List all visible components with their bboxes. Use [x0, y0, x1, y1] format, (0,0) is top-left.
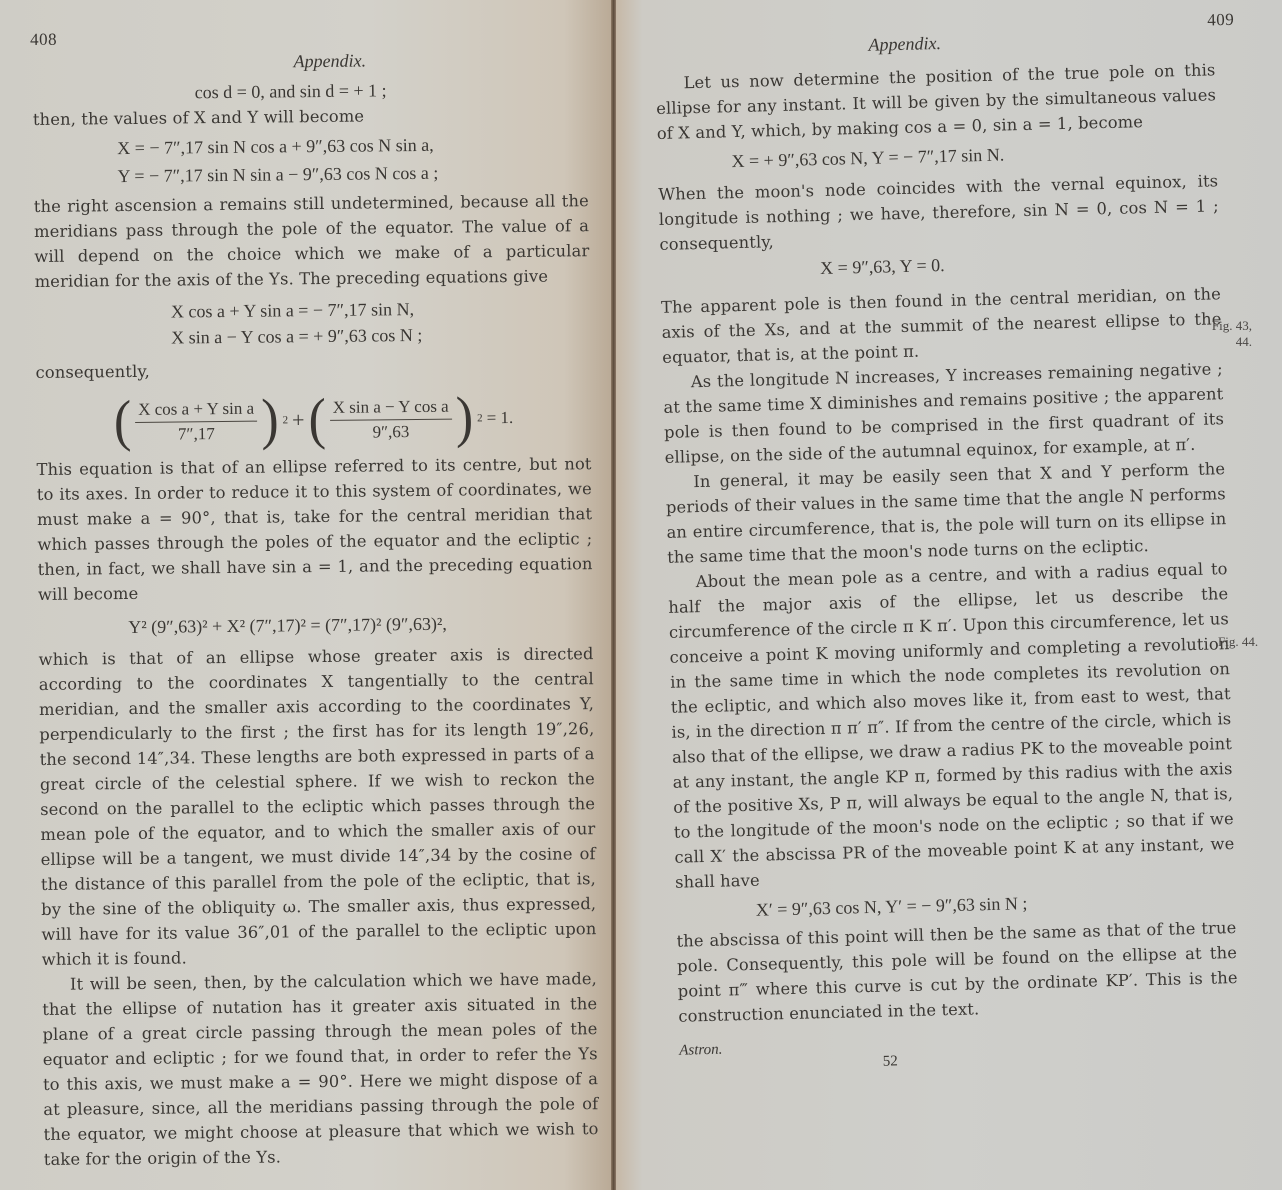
left-page-text: 408 Appendix. cos d = 0, and sin d = + 1…	[32, 24, 599, 1172]
denominator: 7″,17	[178, 422, 215, 444]
equation-ellipse-axes: Y² (9″,63)² + X² (7″,17)² = (7″,17)² (9″…	[128, 609, 593, 640]
paragraph: consequently,	[35, 354, 590, 385]
left-page: 408 Appendix. cos d = 0, and sin d = + 1…	[0, 0, 613, 1190]
denominator: 9″,63	[372, 420, 409, 442]
paragraph: then, the values of X and Y will become	[33, 101, 588, 132]
paren-open: (	[308, 391, 326, 448]
margin-note-fig-43-44: Fig. 43, 44.	[1208, 318, 1252, 350]
paren-close: )	[261, 392, 279, 449]
equation-cos-d: cos d = 0, and sin d = + 1 ;	[195, 75, 588, 105]
paragraph: which is that of an ellipse whose greate…	[38, 641, 596, 972]
plus-sign: +	[292, 407, 305, 433]
paragraph: This equation is that of an ellipse refe…	[36, 451, 593, 607]
signature-mark: Astron.	[679, 1042, 723, 1076]
equation-y: Y = − 7″,17 sin N sin a − 9″,63 cos N co…	[117, 158, 588, 189]
paragraph: When the moon's node coincides with the …	[658, 168, 1220, 257]
equation-x: X = − 7″,17 sin N cos a + 9″,63 cos N si…	[117, 130, 588, 161]
signature-number: 52	[883, 1053, 898, 1070]
equals-one: = 1.	[487, 408, 514, 428]
numerator: X cos a + Y sin a	[135, 398, 257, 422]
signature-row: Astron. 52	[679, 1029, 1240, 1076]
paragraph: Let us now determine the position of the…	[655, 57, 1217, 146]
paragraph: the right ascension a remains still unde…	[34, 188, 590, 294]
paren-open: (	[114, 393, 132, 450]
paren-close: )	[456, 390, 474, 447]
fraction-1: X cos a + Y sin a 7″,17	[135, 398, 257, 444]
paragraph: As the longitude N increases, Y increase…	[663, 356, 1225, 470]
right-page-text: 409 Appendix. Let us now determine the p…	[654, 4, 1240, 1075]
fraction-2: X sin a − Y cos a 9″,63	[330, 396, 452, 442]
right-page: 409 Appendix. Let us now determine the p…	[616, 0, 1282, 1190]
paragraph: In general, it may be easily seen that X…	[665, 456, 1227, 570]
paragraph: It will be seen, then, by the calculatio…	[42, 966, 599, 1172]
ellipse-equation: ( X cos a + Y sin a 7″,17 )2 + ( X sin a…	[36, 391, 592, 449]
equation-xsin: X sin a − Y cos a = + 9″,63 cos N ;	[171, 320, 590, 350]
paragraph: the abscissa of this point will then be …	[676, 915, 1238, 1029]
running-head-left: Appendix.	[72, 48, 587, 74]
paragraph: The apparent pole is then found in the c…	[661, 281, 1223, 370]
margin-note-fig-44: Fig. 44.	[1218, 634, 1258, 650]
page-number-left: 408	[30, 24, 587, 50]
numerator: X sin a − Y cos a	[330, 396, 452, 420]
paragraph: About the mean pole as a centre, and wit…	[667, 556, 1235, 895]
